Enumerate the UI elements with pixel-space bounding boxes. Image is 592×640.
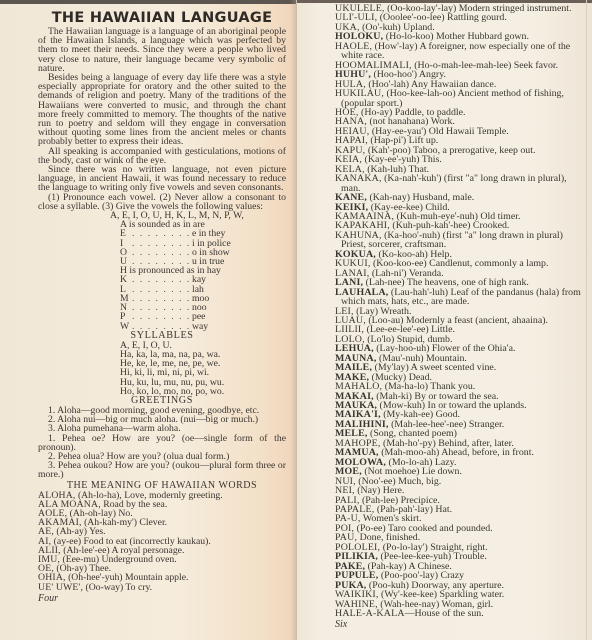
word-entry: HUKILAU, (Hoo-kee-lah-oo) Ancient method…	[335, 89, 586, 108]
leader-dots: . . . . . . . .	[132, 229, 192, 238]
h-sound: H is pronounced as in hay	[38, 266, 286, 275]
top-rule	[297, 0, 592, 3]
headword: UE' UWE',	[38, 582, 83, 593]
a-sound: A is sounded as in are	[38, 220, 286, 229]
top-rule	[0, 0, 296, 4]
word-entry: HALE-A-KALA—House of the sun.	[335, 609, 586, 618]
leader-dots: . . . . . . . .	[132, 312, 192, 321]
word-list-right: UKULELE, (Oo-koo-lay'-lay) Modern string…	[335, 4, 586, 618]
leader-dots: . . . . . . . .	[132, 285, 192, 294]
vowel-row: E. . . . . . . .e in they	[38, 229, 286, 238]
intro-paragraph: Since there was no written language, not…	[38, 165, 286, 193]
vowel-list: E. . . . . . . .e in theyI. . . . . . . …	[38, 229, 286, 266]
leader-dots: . . . . . . . .	[132, 303, 192, 312]
page-title: THE HAWAIIAN LANGUAGE	[38, 10, 286, 26]
greeting-list: 1. Aloha—good morning, good evening, goo…	[38, 406, 286, 480]
greeting-text: 3. Pehea oukou? How are you? (oukou—plur…	[38, 460, 286, 480]
vowel-row: O. . . . . . . .o in show	[38, 248, 286, 257]
word-entry: LAUHALA, (Lau-hah'-luh) Leaf of the pand…	[335, 288, 586, 307]
consonant-row: P. . . . . . . .pee	[38, 312, 286, 321]
leader-dots: . . . . . . . .	[132, 248, 192, 257]
greeting-text: 1. Pehea oe? How are you? (oe—single for…	[38, 433, 286, 453]
definition: —House of the sun.	[405, 608, 484, 619]
intro-paragraph: Besides being a language of every day li…	[38, 73, 286, 147]
consonant-row: L. . . . . . . .lah	[38, 285, 286, 294]
headword: HALE-A-KALA	[335, 608, 405, 619]
consonant-row: M. . . . . . . .moo	[38, 294, 286, 303]
intro-paragraph: (1) Pronounce each vowel. (2) Never allo…	[38, 193, 286, 211]
leader-dots: . . . . . . . .	[132, 294, 192, 303]
word-list-left: ALOHA, (Ah-lo-ha), Love, modernly greeti…	[38, 491, 286, 592]
consonant-row: N. . . . . . . .noo	[38, 303, 286, 312]
word-entry: KAHUNA, (Ka-hoo'-nuh) (first "a" long dr…	[335, 231, 586, 250]
sound: way	[192, 322, 208, 331]
word-entry: UE' UWE', (Oo-way) To cry.	[38, 583, 286, 592]
vowel-row: I. . . . . . . .i in police	[38, 239, 286, 248]
right-page: UKULELE, (Oo-koo-lay'-lay) Modern string…	[296, 0, 592, 640]
word-entry: HAOLE, (How'-lay) A foreigner, now espec…	[335, 42, 586, 61]
word-entry: KANAKA, (Ka-nah'-kuh') (first "a" long d…	[335, 174, 586, 193]
intro-paragraphs: The Hawaiian language is a language of a…	[38, 27, 286, 211]
page-number-right: Six	[335, 619, 586, 630]
definition: (Oo-way) To cry.	[83, 582, 152, 593]
definition: (How'-lay) A foreigner, now especially o…	[341, 41, 570, 61]
consonant-row: K. . . . . . . .kay	[38, 275, 286, 284]
intro-paragraph: All speaking is accompanied with gesticu…	[38, 147, 286, 165]
page-number-left: Four	[38, 593, 286, 604]
left-page: THE HAWAIIAN LANGUAGE The Hawaiian langu…	[0, 0, 296, 640]
leader-dots: . . . . . . . .	[132, 275, 192, 284]
consonant-list: K. . . . . . . .kayL. . . . . . . .lahM.…	[38, 275, 286, 330]
greeting-item: 3. Pehea oukou? How are you? (oukou—plur…	[38, 461, 286, 479]
greeting-item: 1. Pehea oe? How are you? (oe—single for…	[38, 434, 286, 452]
leader-dots: . . . . . . . .	[132, 239, 192, 248]
page-edge	[586, 0, 587, 640]
syllable-list: A, E, I, O, U.Ha, ka, la, ma, na, pa, wa…	[38, 341, 286, 396]
intro-paragraph: The Hawaiian language is a language of a…	[38, 27, 286, 73]
